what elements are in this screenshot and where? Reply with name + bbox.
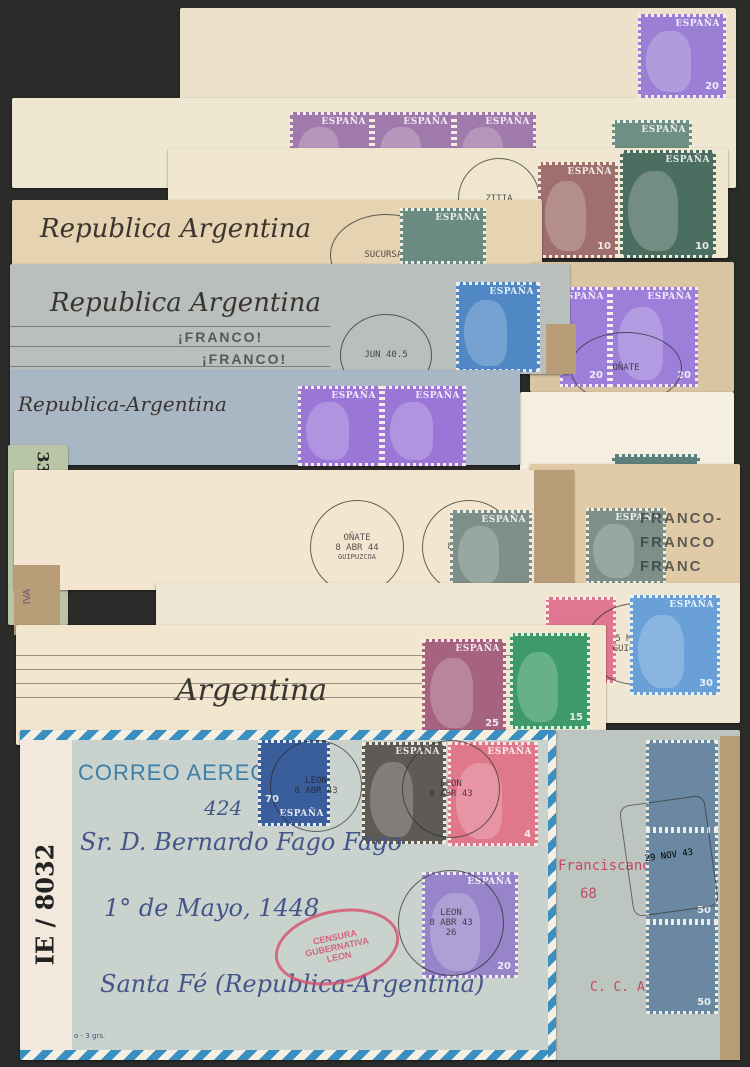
cancel-line	[10, 346, 330, 347]
slogan-line-1: FRANCO-	[640, 510, 723, 527]
portrait-icon	[517, 652, 558, 722]
stamp-country: ESPAÑA	[669, 600, 714, 610]
postmark: LEON8 ABR 43	[402, 740, 500, 838]
stamp: ESPAÑA	[400, 208, 486, 264]
stamp: ESPAÑA	[298, 386, 382, 466]
portrait-icon	[638, 615, 684, 688]
stamp-value: 10	[695, 241, 709, 252]
censor-tape	[720, 736, 740, 1060]
stamp: ESPAÑA 20	[638, 14, 726, 98]
portrait-icon	[545, 181, 586, 251]
airmail-border-top	[20, 730, 556, 740]
stamp: ESPAÑA10	[620, 150, 716, 258]
stamp-value: 20	[705, 81, 719, 92]
stamp-value: 50	[697, 997, 711, 1008]
postmark-number: 26	[446, 928, 457, 938]
postmark-date: 8 ABR 43	[294, 786, 337, 796]
stamp-value: 20	[497, 961, 511, 972]
stamp: ESPAÑA10	[538, 162, 618, 258]
stamp-country: ESPAÑA	[485, 117, 530, 127]
stamp-country: ESPAÑA	[403, 117, 448, 127]
stamp-country: ESPAÑA	[331, 391, 376, 401]
typed-line-3: C. C. A.	[590, 980, 653, 995]
stamp-country: ESPAÑA	[675, 19, 720, 29]
portrait-icon	[430, 658, 473, 728]
airmail-envelope: IE / 8032 CORREO AEREO 424 ESPAÑA70 ESPA…	[20, 730, 556, 1060]
airmail-border-bottom	[20, 1050, 556, 1060]
postmark-date: 29 NOV 43	[644, 848, 694, 865]
stamp-country: ESPAÑA	[647, 292, 692, 302]
portrait-icon	[306, 402, 349, 460]
envelope-white	[520, 392, 734, 472]
postmark-date: 8 ABR 44	[335, 543, 378, 553]
address-line-1: Sr. D. Bernardo Fago Fago	[80, 828, 402, 856]
envelope-12: Franciscano 68 C. C. A. 50 50 29 NOV 43	[548, 730, 740, 1060]
portrait-icon	[628, 171, 678, 251]
stamp-country: ESPAÑA	[487, 747, 532, 757]
airmail-border-right	[548, 730, 556, 1060]
stamp: ESPAÑA	[450, 510, 532, 590]
postmark: LEON8 ABR 43	[270, 740, 362, 832]
envelope-7: Republica-Argentina ESPAÑA ESPAÑA	[10, 370, 520, 465]
slogan-line-2: ¡FRANCO!	[202, 351, 287, 367]
censor-strip: IE / 8032	[20, 740, 72, 1050]
stamp-value: 25	[485, 718, 499, 729]
postmark-date: JUN 40.5	[364, 350, 407, 360]
censor-tape	[546, 324, 576, 374]
stamp-country: ESPAÑA	[415, 391, 460, 401]
stamp-value: 30	[699, 678, 713, 689]
postmark: OÑATE 8 ABR 44 GUIPUZCOA	[310, 500, 404, 594]
stamp-value: 15	[569, 712, 583, 723]
stamp: ESPAÑA	[456, 282, 540, 372]
stamp: ESPAÑA	[382, 386, 466, 466]
envelope-1: ESPAÑA 20	[180, 8, 736, 100]
stamp-value: 10	[597, 241, 611, 252]
postmark-box: 29 NOV 43	[619, 795, 720, 918]
address-text: Republica-Argentina	[18, 392, 227, 416]
envelope-8: OÑATE 8 ABR 44 GUIPUZCOA 8 ABR 44 ESPAÑA	[14, 470, 574, 590]
postmark-city: LEON	[440, 779, 462, 789]
stamp-value: 4	[524, 829, 531, 840]
censor-label: IE / 8032	[31, 830, 60, 980]
footer-print: o - 3 grs.	[74, 1032, 105, 1040]
stamp-country: ESPAÑA	[665, 155, 710, 165]
postmark-date: 8 ABR 43	[429, 918, 472, 928]
address-text: Republica Argentina	[50, 288, 321, 318]
stamp-country: ESPAÑA	[567, 167, 612, 177]
portrait-icon	[646, 31, 691, 92]
slogan-line-1: ¡FRANCO!	[178, 329, 263, 345]
envelope-11: Argentina ESPAÑA25 15	[16, 625, 606, 745]
envelope-5: Republica Argentina ¡FRANCO! ¡FRANCO! JU…	[10, 264, 570, 374]
postmark-date: 8 ABR 43	[429, 789, 472, 799]
stamp: ESPAÑA25	[422, 639, 506, 735]
stamp: 50	[646, 922, 718, 1014]
slogan-line-3: FRANC	[640, 558, 703, 575]
postmark-city: LEON	[440, 908, 462, 918]
stamp: ESPAÑA30	[630, 595, 720, 695]
airmail-header: CORREO AEREO	[78, 760, 268, 786]
stamp-country: ESPAÑA	[489, 287, 534, 297]
slogan-line-2: FRANCO	[640, 534, 716, 551]
censor-tape	[534, 470, 574, 590]
stamp-country: ESPAÑA	[641, 125, 686, 135]
postmark-city: OÑATE	[343, 533, 370, 543]
stamp: 15	[510, 633, 590, 729]
portrait-icon	[458, 526, 500, 584]
stamp-country: ESPAÑA	[481, 515, 526, 525]
portrait-icon	[464, 300, 507, 366]
address-text: Republica Argentina	[40, 214, 311, 244]
envelope-4: Republica Argentina SUCURSAL ESPAÑA	[12, 200, 542, 265]
postmark: LEON8 ABR 4326	[398, 870, 504, 976]
portrait-icon	[390, 402, 433, 460]
address-line-2: 1° de Mayo, 1448	[104, 894, 319, 922]
postmark-city: LEON	[305, 776, 327, 786]
postmark-region: GUIPUZCOA	[338, 553, 376, 561]
stamp-country: ESPAÑA	[435, 213, 480, 223]
stamp-country: ESPAÑA	[455, 644, 500, 654]
portrait-icon	[593, 524, 634, 579]
address-text: Argentina	[176, 673, 327, 708]
stamp-country: ESPAÑA	[321, 117, 366, 127]
typed-line-2: 68	[580, 886, 597, 902]
cancel-line	[10, 326, 330, 327]
postmark-text: OÑATE	[612, 363, 639, 373]
tape-text: IVA	[22, 589, 33, 604]
handwritten-note: 424	[204, 796, 242, 820]
